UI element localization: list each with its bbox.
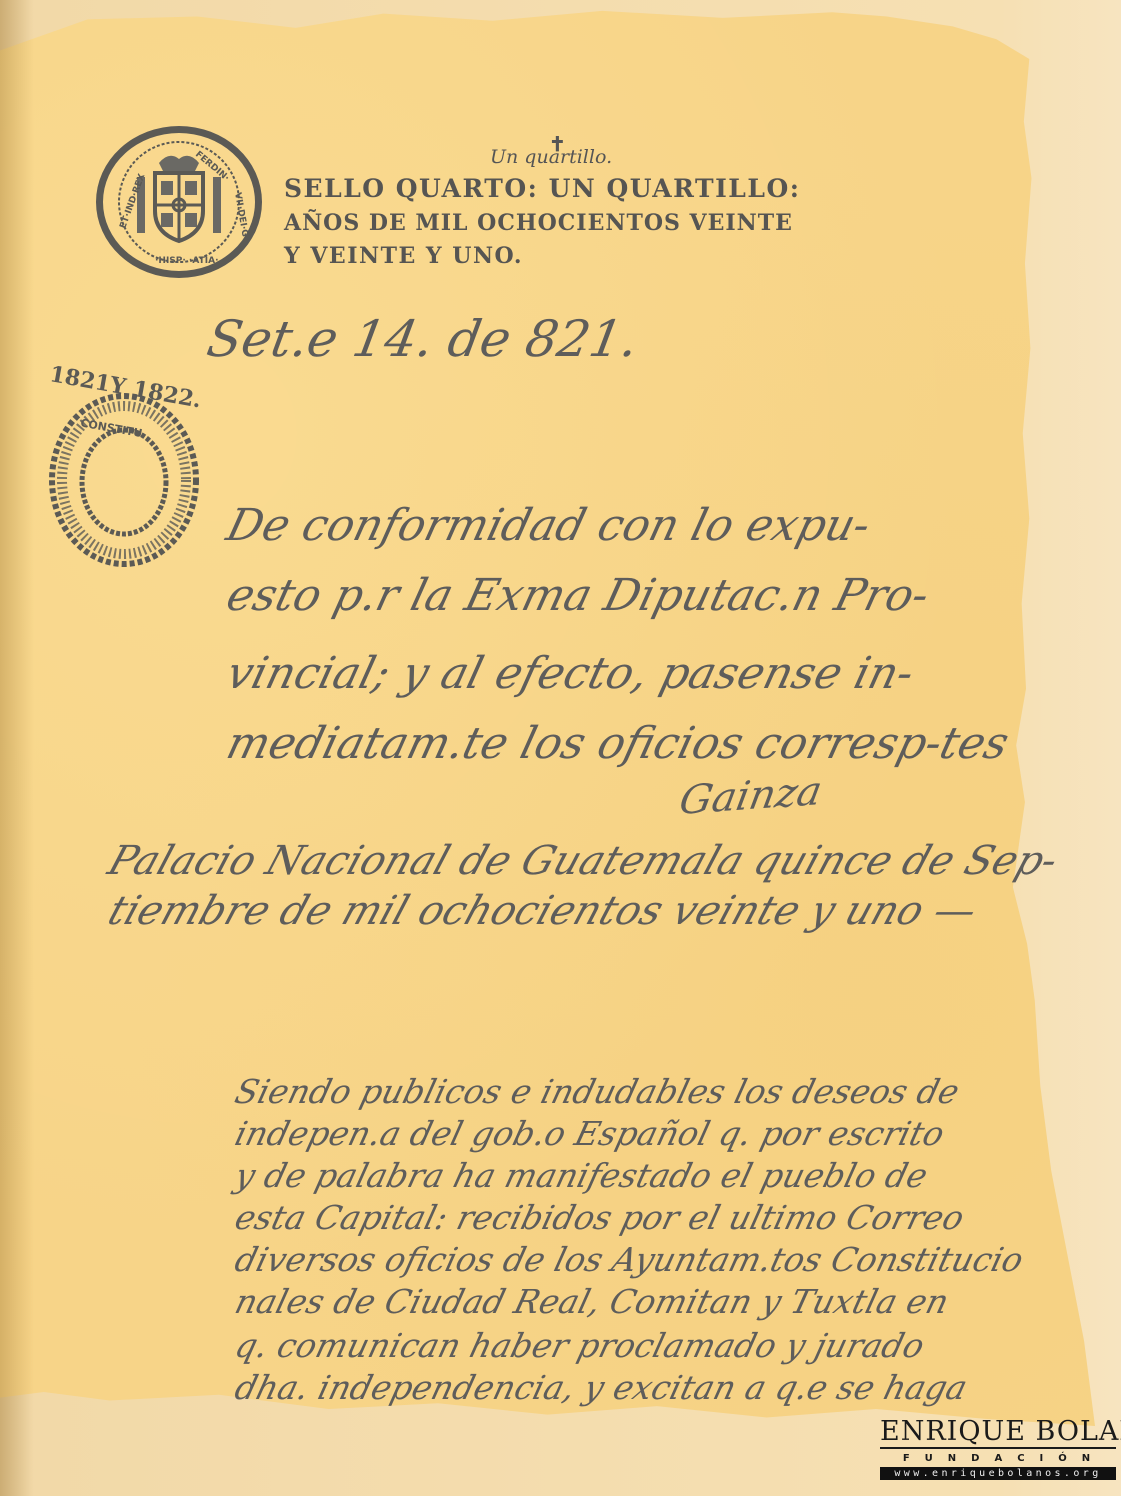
stamp-denomination: Un quartillo. xyxy=(490,146,612,168)
paragraph1-line: mediatam.te los oficios corresp-tes xyxy=(222,718,1014,769)
logo-name: ENRIQUE BOLAÑOS xyxy=(880,1418,1116,1449)
paragraph3-line: indepen.a del gob.o Español q. por escri… xyxy=(231,1114,948,1153)
logo-url: www.enriquebolanos.org xyxy=(880,1467,1116,1480)
paragraph3-line: esta Capital: recibidos por el ultimo Co… xyxy=(231,1198,968,1237)
svg-text:1821Y 1822.: 1821Y 1822. xyxy=(48,361,204,413)
constitution-seal-icon: 1821Y 1822. CONSTITU xyxy=(40,350,208,570)
svg-text:·HISP· ·ATIA·: ·HISP· ·ATIA· xyxy=(155,256,219,266)
oval-stamp-icon: 1821Y 1822. CONSTITU xyxy=(40,350,208,570)
logo-subtitle: FUNDACIÓN xyxy=(880,1453,1116,1464)
svg-text:VII·DEI·G: VII·DEI·G xyxy=(232,192,250,238)
paragraph3-line: y de palabra ha manifestado el pueblo de xyxy=(231,1156,932,1195)
paragraph1-line: esto p.r la Exma Diputac.n Pro- xyxy=(222,570,935,621)
paragraph1-line: vincial; y al efecto, pasense in- xyxy=(222,648,919,699)
paragraph3-line: q. comunican haber proclamado y jurado xyxy=(231,1326,928,1365)
svg-text:CONSTITU: CONSTITU xyxy=(79,416,143,440)
svg-text:FERDIN·: FERDIN· xyxy=(193,150,231,184)
document-date: Set.e 14. de 821. xyxy=(203,310,643,368)
paragraph3-line: Siendo publicos e indudables los deseos … xyxy=(231,1072,963,1111)
foundation-logo: ENRIQUE BOLAÑOS FUNDACIÓN www.enriquebol… xyxy=(880,1418,1116,1480)
paragraph2-line: tiembre de mil ochocientos veinte y uno … xyxy=(103,888,983,934)
paragraph1-line: De conformidad con lo expu- xyxy=(222,500,876,551)
royal-coat-of-arms-seal-icon: ET·IND·REX FERDIN· VII·DEI·G ·HISP· ·ATI… xyxy=(96,126,262,278)
coat-of-arms-icon: ET·IND·REX FERDIN· VII·DEI·G ·HISP· ·ATI… xyxy=(103,133,255,271)
paragraph3-line: diversos oficios de los Ayuntam.tos Cons… xyxy=(231,1240,1027,1279)
paragraph2-line: Palacio Nacional de Guatemala quince de … xyxy=(103,838,1064,884)
stamp-years-line-2: Y VEINTE Y UNO. xyxy=(284,243,523,269)
paragraph3-line: dha. independencia, y excitan a q.e se h… xyxy=(231,1368,971,1407)
paragraph3-line: nales de Ciudad Real, Comitan y Tuxtla e… xyxy=(231,1282,953,1321)
stamp-years-line: AÑOS DE MIL OCHOCIENTOS VEINTE xyxy=(284,210,793,236)
binding-shadow xyxy=(0,0,34,1496)
document-page: ET·IND·REX FERDIN· VII·DEI·G ·HISP· ·ATI… xyxy=(0,0,1121,1496)
stamp-title-line: SELLO QUARTO: UN QUARTILLO: xyxy=(284,174,800,203)
